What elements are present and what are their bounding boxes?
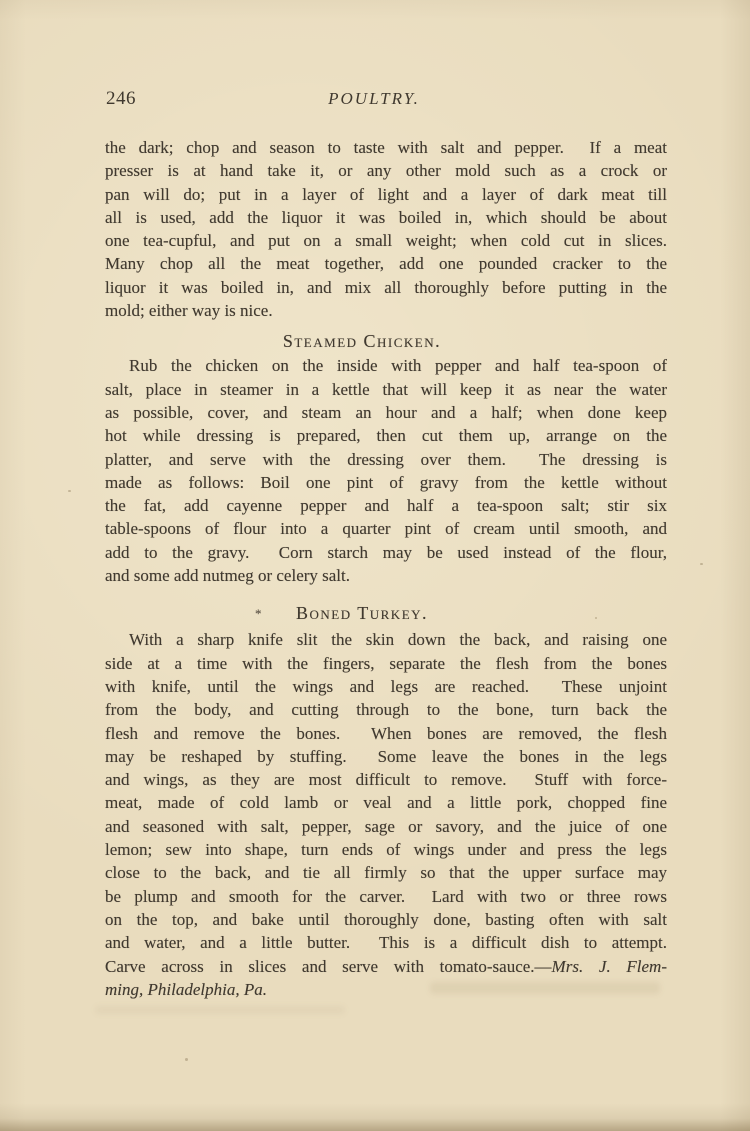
text-line: and wings, as they are most difficult to… bbox=[105, 768, 667, 791]
text-segment: Carve across in slices and serve with to… bbox=[105, 957, 552, 976]
text-line: the fat, add cayenne pepper and half a t… bbox=[105, 494, 667, 517]
running-header: POULTRY. bbox=[105, 89, 643, 109]
text-line: Rub the chicken on the inside with peppe… bbox=[105, 354, 667, 377]
paper-speck bbox=[700, 563, 703, 565]
text-line: the dark; chop and season to taste with … bbox=[105, 136, 667, 159]
text-line: close to the back, and tie all firmly so… bbox=[105, 861, 667, 884]
text-line: liquor it was boiled in, and mix all tho… bbox=[105, 276, 667, 299]
paper-speck bbox=[68, 490, 71, 492]
text-line: be plump and smooth for the carver. Lard… bbox=[105, 885, 667, 908]
page-header: 246 POULTRY. bbox=[105, 88, 667, 112]
text-line: with knife, until the wings and legs are… bbox=[105, 675, 667, 698]
text-line: Many chop all the meat together, add one… bbox=[105, 252, 667, 275]
text-line: Carve across in slices and serve with to… bbox=[105, 955, 667, 978]
attribution-text: ming, Philadelphia, Pa. bbox=[105, 980, 267, 999]
book-page-scan: 246 POULTRY. the dark; chop and season t… bbox=[0, 0, 750, 1131]
page-content: the dark; chop and season to taste with … bbox=[105, 136, 667, 1001]
text-line: table-spoons of flour into a quarter pin… bbox=[105, 517, 667, 540]
section-heading: *Boned Turkey. bbox=[105, 603, 667, 623]
text-line: may be reshaped by stuffing. Some leave … bbox=[105, 745, 667, 768]
paper-speck bbox=[185, 1058, 188, 1061]
text-line: flesh and remove the bones. When bones a… bbox=[105, 722, 667, 745]
text-line: from the body, and cutting through to th… bbox=[105, 698, 667, 721]
attribution-text: Mrs. J. Flem- bbox=[552, 957, 667, 976]
text-line: lemon; sew into shape, turn ends of wing… bbox=[105, 838, 667, 861]
text-line: add to the gravy. Corn starch may be use… bbox=[105, 541, 667, 564]
section-heading-label: Boned Turkey. bbox=[296, 603, 428, 623]
section-heading-label: Steamed Chicken. bbox=[283, 331, 441, 351]
text-line: platter, and serve with the dressing ove… bbox=[105, 448, 667, 471]
text-line: mold; either way is nice. bbox=[105, 299, 667, 322]
text-line: salt, place in steamer in a kettle that … bbox=[105, 378, 667, 401]
text-line: and water, and a little butter. This is … bbox=[105, 931, 667, 954]
scan-bottom-edge bbox=[0, 1103, 750, 1131]
text-line: side at a time with the fingers, separat… bbox=[105, 652, 667, 675]
section-heading: Steamed Chicken. bbox=[105, 331, 667, 351]
text-line: hot while dressing is prepared, then cut… bbox=[105, 424, 667, 447]
text-column: 246 POULTRY. the dark; chop and season t… bbox=[105, 88, 667, 1001]
text-line: pan will do; put in a layer of light and… bbox=[105, 183, 667, 206]
text-line: and seasoned with salt, pepper, sage or … bbox=[105, 815, 667, 838]
text-line: made as follows: Boil one pint of gravy … bbox=[105, 471, 667, 494]
text-line: ming, Philadelphia, Pa. bbox=[105, 978, 667, 1001]
text-line: one tea-cupful, and put on a small weigh… bbox=[105, 229, 667, 252]
text-line: and some add nutmeg or celery salt. bbox=[105, 564, 667, 587]
text-line: as possible, cover, and steam an hour an… bbox=[105, 401, 667, 424]
paragraph: the dark; chop and season to taste with … bbox=[105, 136, 667, 322]
paragraph: With a sharp knife slit the skin down th… bbox=[105, 628, 667, 1001]
heading-marker: * bbox=[255, 604, 262, 624]
text-line: on the top, and bake until thoroughly do… bbox=[105, 908, 667, 931]
text-line: all is used, add the liquor it was boile… bbox=[105, 206, 667, 229]
text-line: presser is at hand take it, or any other… bbox=[105, 159, 667, 182]
text-line: With a sharp knife slit the skin down th… bbox=[105, 628, 667, 651]
show-through-smudge bbox=[95, 1006, 345, 1014]
paragraph: Rub the chicken on the inside with peppe… bbox=[105, 354, 667, 587]
text-line: meat, made of cold lamb or veal and a li… bbox=[105, 791, 667, 814]
